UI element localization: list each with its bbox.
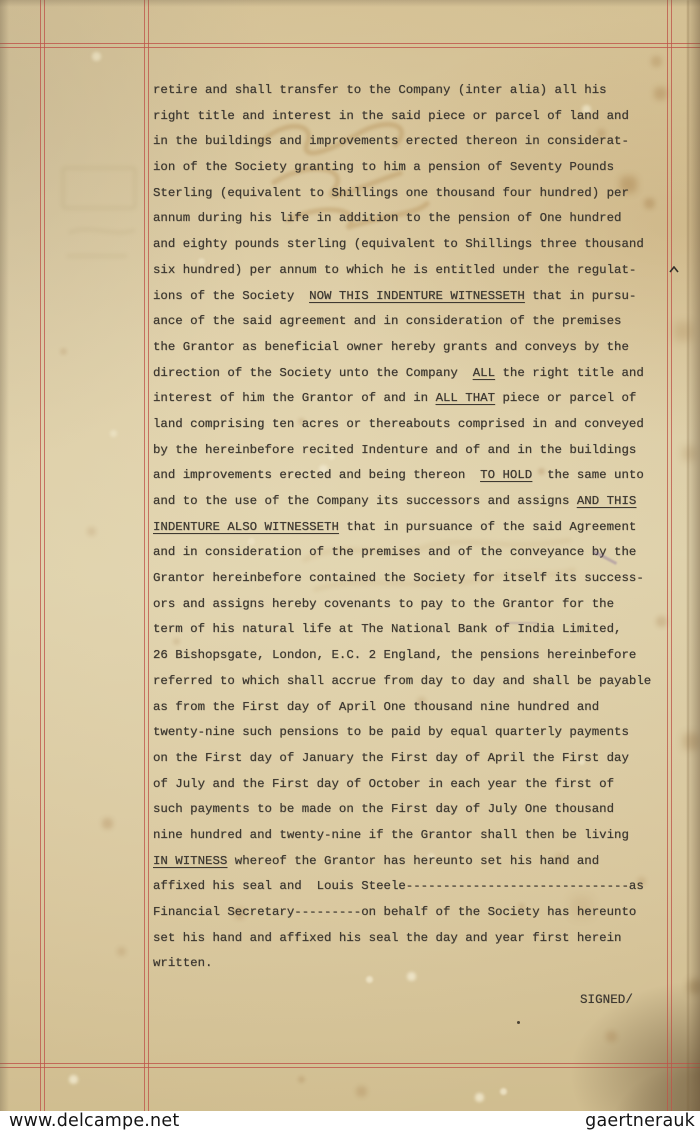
signed-notation: SIGNED/ (580, 988, 633, 1014)
document-line: in the buildings and improvements erecte… (153, 129, 663, 155)
document-line: and improvements erected and being there… (153, 463, 663, 489)
document-line: nine hundred and twenty-nine if the Gran… (153, 823, 663, 849)
watermark-bar: www.delcampe.net gaertnerauk (0, 1111, 700, 1131)
left-inner-margin-rule (144, 0, 149, 1112)
document-line: referred to which shall accrue from day … (153, 669, 663, 695)
document-line: ion of the Society granting to him a pen… (153, 155, 663, 181)
document-line: by the hereinbefore recited Indenture an… (153, 438, 663, 464)
document-line: written. (153, 951, 663, 977)
scanned-indenture-page: retire and shall transfer to the Company… (0, 0, 700, 1131)
paper-crease (687, 0, 689, 1131)
document-line: such payments to be made on the First da… (153, 797, 663, 823)
document-line: Sterling (equivalent to Shillings one th… (153, 181, 663, 207)
caret-mark (669, 266, 679, 273)
document-line: IN WITNESS whereof the Grantor has hereu… (153, 849, 663, 875)
document-line: and eighty pounds sterling (equivalent t… (153, 232, 663, 258)
document-line: twenty-nine such pensions to be paid by … (153, 720, 663, 746)
typewritten-text: retire and shall transfer to the Company… (153, 78, 663, 977)
document-line: term of his natural life at The National… (153, 617, 663, 643)
watermark-site-label: www.delcampe.net (9, 1111, 179, 1131)
document-line: INDENTURE ALSO WITNESSETH that in pursua… (153, 515, 663, 541)
left-outer-margin-rule (40, 0, 45, 1112)
document-line: annum during his life in addition to the… (153, 206, 663, 232)
document-line: and to the use of the Company its succes… (153, 489, 663, 515)
top-header-rule (0, 43, 700, 48)
document-line: on the First day of January the First da… (153, 746, 663, 772)
document-line: of July and the First day of October in … (153, 772, 663, 798)
right-margin-rule (667, 0, 672, 1112)
document-line: Financial Secretary---------on behalf of… (153, 900, 663, 926)
document-line: affixed his seal and Louis Steele-------… (153, 874, 663, 900)
watermark-seller-label: gaertnerauk (585, 1111, 695, 1131)
document-line: ors and assigns hereby covenants to pay … (153, 592, 663, 618)
bottom-footer-rule (0, 1063, 700, 1068)
pencil-smudge-2 (506, 622, 538, 624)
document-line: and in consideration of the premises and… (153, 540, 663, 566)
document-line: ions of the Society NOW THIS INDENTURE W… (153, 284, 663, 310)
document-line: set his hand and affixed his seal the da… (153, 926, 663, 952)
document-line: the Grantor as beneficial owner hereby g… (153, 335, 663, 361)
document-line: 26 Bishopsgate, London, E.C. 2 England, … (153, 643, 663, 669)
ink-dot (517, 1021, 520, 1024)
document-line: land comprising ten acres or thereabouts… (153, 412, 663, 438)
document-line: ance of the said agreement and in consid… (153, 309, 663, 335)
document-line: six hundred) per annum to which he is en… (153, 258, 663, 284)
paper-flecks (0, 0, 3, 3)
document-line: Grantor hereinbefore contained the Socie… (153, 566, 663, 592)
document-line: right title and interest in the said pie… (153, 104, 663, 130)
document-line: interest of him the Grantor of and in AL… (153, 386, 663, 412)
document-line: direction of the Society unto the Compan… (153, 361, 663, 387)
document-line: as from the First day of April One thous… (153, 695, 663, 721)
document-line: retire and shall transfer to the Company… (153, 78, 663, 104)
